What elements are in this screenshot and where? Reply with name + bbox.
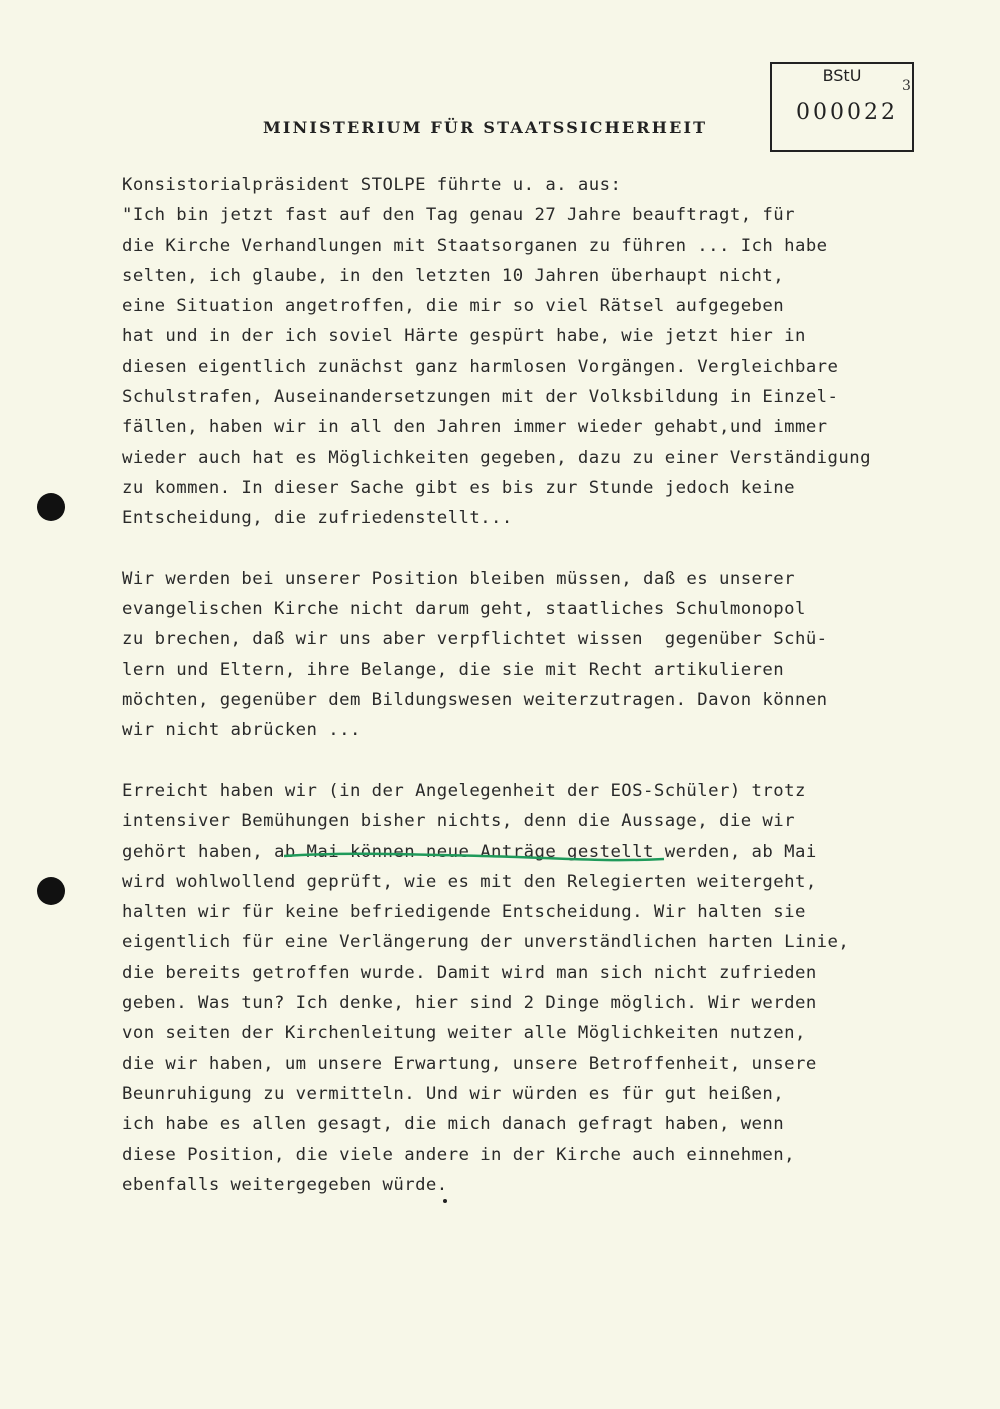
text-line: eine Situation angetroffen, die mir so v… [122,291,982,321]
text-line: Schulstrafen, Auseinandersetzungen mit d… [122,382,982,412]
archive-stamp: BStU 3 000022 [770,62,914,152]
text-line: hat und in der ich soviel Härte gespürt … [122,321,982,351]
text-line: "Ich bin jetzt fast auf den Tag genau 27… [122,200,982,230]
text-line: selten, ich glaube, in den letzten 10 Ja… [122,261,982,291]
document-body: Konsistorialpräsident STOLPE führte u. a… [122,170,982,1200]
text-line: die wir haben, um unsere Erwartung, unse… [122,1049,982,1079]
text-line: wieder auch hat es Möglichkeiten gegeben… [122,443,982,473]
text-line: möchten, gegenüber dem Bildungswesen wei… [122,685,982,715]
text-line: von seiten der Kirchenleitung weiter all… [122,1018,982,1048]
text-line: halten wir für keine befriedigende Entsc… [122,897,982,927]
stamp-number: 000022 [796,100,898,125]
text-line: fällen, haben wir in all den Jahren imme… [122,412,982,442]
text-line: Wir werden bei unserer Position bleiben … [122,564,982,594]
text-line: evangelischen Kirche nicht darum geht, s… [122,594,982,624]
text-line: eigentlich für eine Verlängerung der unv… [122,927,982,957]
text-line: ich habe es allen gesagt, die mich danac… [122,1109,982,1139]
text-line: geben. Was tun? Ich denke, hier sind 2 D… [122,988,982,1018]
text-line: zu brechen, daß wir uns aber verpflichte… [122,624,982,654]
page-number: 3 [902,78,911,94]
text-line: Beunruhigung zu vermitteln. Und wir würd… [122,1079,982,1109]
text-line: intensiver Bemühungen bisher nichts, den… [122,806,982,836]
text-line: Erreicht haben wir (in der Angelegenheit… [122,776,982,806]
ministry-header: MINISTERIUM FÜR STAATSSICHERHEIT [263,118,707,137]
text-line: zu kommen. In dieser Sache gibt es bis z… [122,473,982,503]
green-underline-annotation [282,850,666,864]
text-line: ebenfalls weitergegeben würde. [122,1170,982,1200]
text-line: Konsistorialpräsident STOLPE führte u. a… [122,170,982,200]
text-line: die bereits getroffen wurde. Damit wird … [122,958,982,988]
text-line: wir nicht abrücken ... [122,715,982,745]
text-line: diese Position, die viele andere in der … [122,1140,982,1170]
text-line: wird wohlwollend geprüft, wie es mit den… [122,867,982,897]
text-line: Entscheidung, die zufriedenstellt... [122,503,982,533]
ink-dot [443,1199,447,1203]
text-line: diesen eigentlich zunächst ganz harmlose… [122,352,982,382]
stamp-label: BStU [772,66,912,85]
text-line: die Kirche Verhandlungen mit Staatsorgan… [122,231,982,261]
text-line: lern und Eltern, ihre Belange, die sie m… [122,655,982,685]
punch-hole [37,493,65,521]
punch-hole [37,877,65,905]
